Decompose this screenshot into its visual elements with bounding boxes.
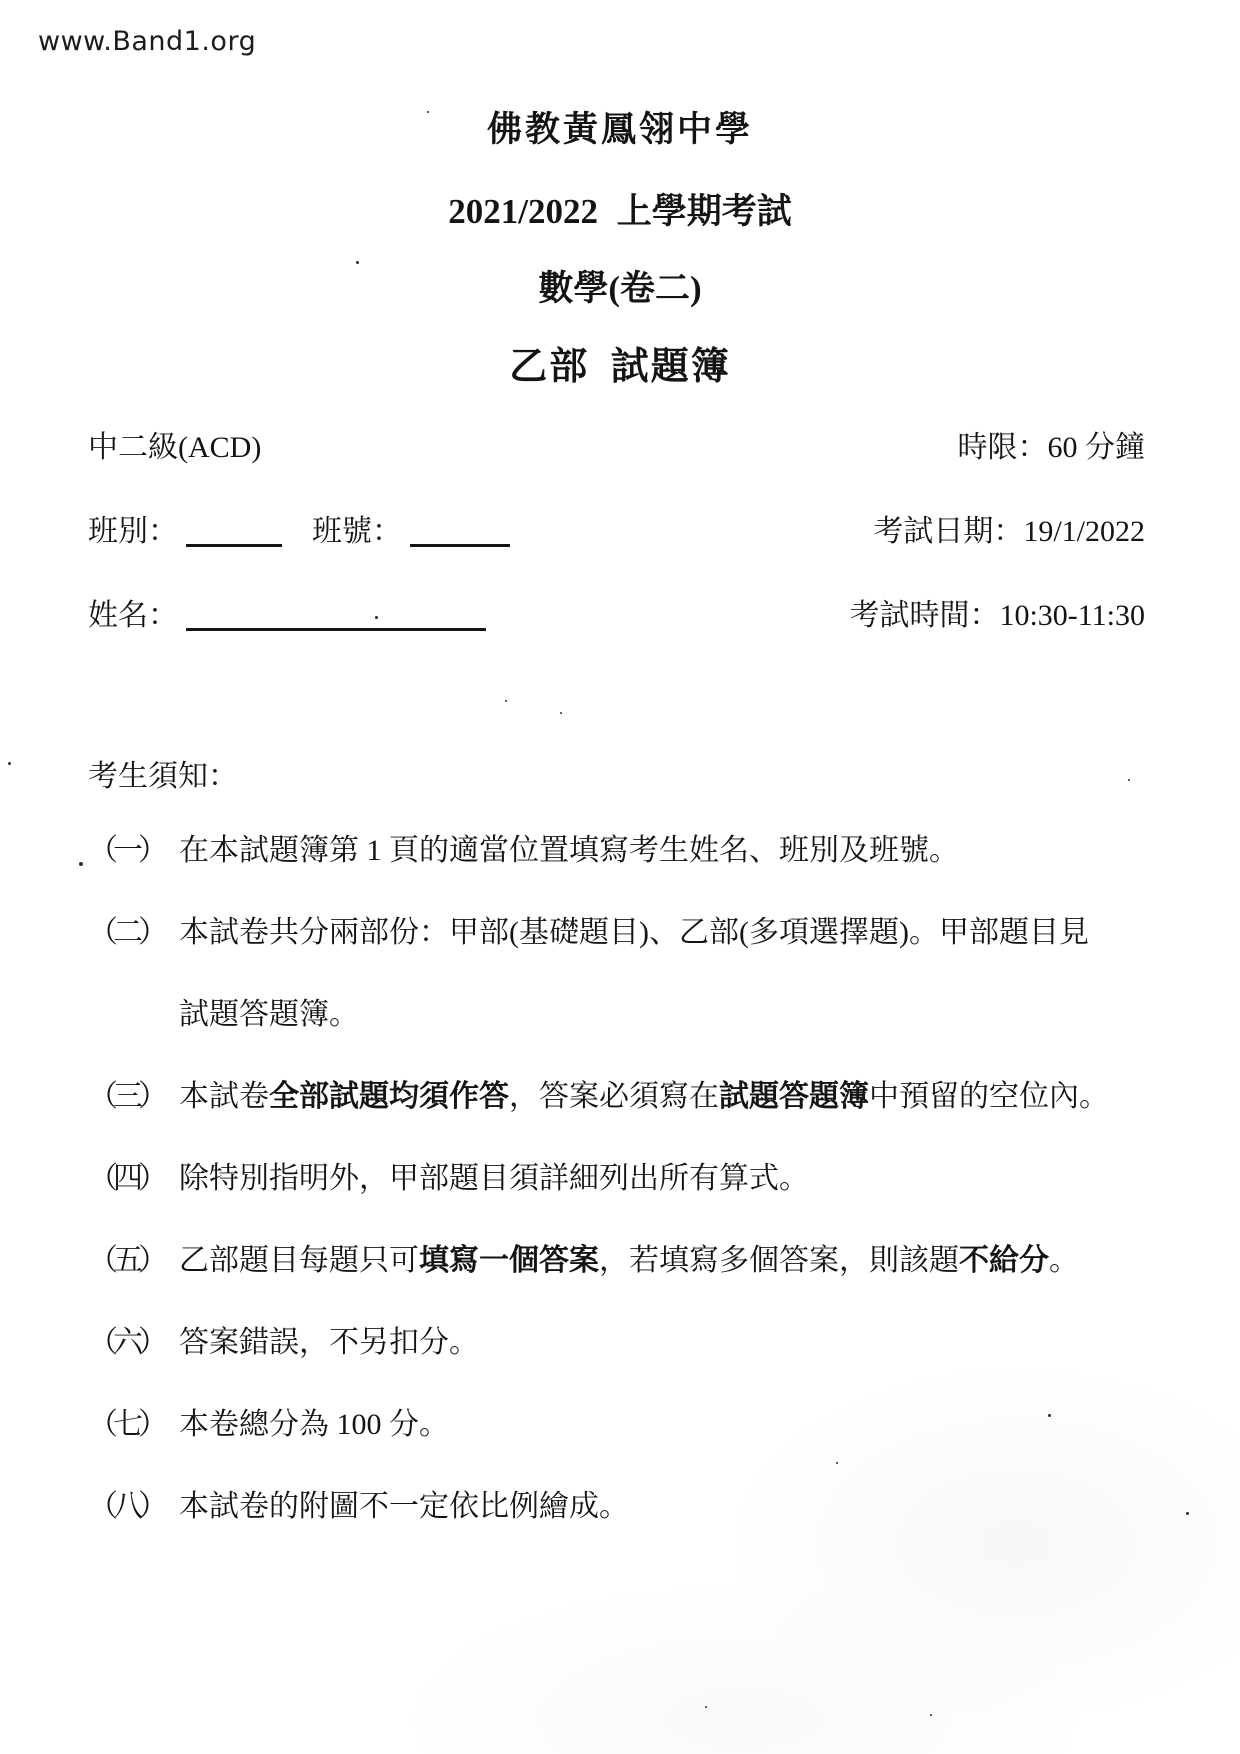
notice-item-text: 除特別指明外，甲部題目須詳細列出所有算式。 [179,1164,809,1194]
notice-item: （八）本試卷的附圖不一定依比例繪成。 [88,1492,1190,1522]
notice-text-bold-segment: 全部試題均須作答 [269,1080,509,1113]
info-row-3: 姓名： 考試時間：10:30-11:30 [0,600,1240,632]
notice-item-lines: 本試卷全部試題均須作答，答案必須寫在試題答題簿中預留的空位內。 [179,1082,1109,1112]
name-fields: 姓名： [88,600,486,632]
notice-text-segment: 試題答題簿。 [179,998,359,1031]
notice-item: （七）本卷總分為 100 分。 [88,1410,1190,1440]
scan-speck [836,1462,838,1464]
notice-item-number: （七） [88,1410,163,1440]
notice-item-text: 乙部題目每題只可填寫一個答案，若填寫多個答案，則該題不給分。 [179,1246,1079,1276]
name-blank-field [186,628,486,631]
scan-speck [705,1706,707,1708]
scan-speck [8,762,11,765]
notice-item-lines: 本卷總分為 100 分。 [179,1410,449,1440]
notice-text-segment: ，若填寫多個答案，則該題 [599,1244,959,1277]
exam-session-title: 2021/2022 上學期考試 [0,194,1240,229]
notice-item: （五）乙部題目每題只可填寫一個答案，若填寫多個答案，則該題不給分。 [88,1246,1190,1276]
notice-item-lines: 本試卷共分兩部份：甲部(基礎題目)、乙部(多項選擇題)。甲部題目見試題答題簿。 [179,918,1089,1030]
notice-item-number: （五） [88,1246,163,1276]
notice-item-number: （三） [88,1082,163,1112]
scan-speck [930,1714,932,1716]
notice-text-segment: 中預留的空位內。 [869,1080,1109,1113]
candidate-info-block: 中二級(ACD) 時限：60 分鐘 班別：班號： 考試日期：19/1/2022 … [0,432,1240,632]
class-no-label: 班號： [312,515,402,548]
scanned-exam-cover-page: www.Band1.org 佛教黃鳳翎中學 2021/2022 上學期考試 數學… [0,0,1240,1754]
section-title: 乙部 試題簿 [0,348,1240,386]
notice-text-segment: 除特別指明外，甲部題目須詳細列出所有算式。 [179,1162,809,1195]
notice-text-segment: 本試卷的附圖不一定依比例繪成。 [179,1490,629,1523]
notice-text-segment: 乙部題目每題只可 [179,1244,419,1277]
notice-item-text: 試題答題簿。 [179,1000,1089,1030]
notice-item-number: （一） [88,836,163,866]
notice-item: （四）除特別指明外，甲部題目須詳細列出所有算式。 [88,1164,1190,1194]
scan-speck [1128,779,1130,781]
notice-text-segment: 本試卷共分兩部份：甲部(基礎題目)、乙部(多項選擇題)。甲部題目見 [179,916,1089,949]
notice-item: （六）答案錯誤，不另扣分。 [88,1328,1190,1358]
scan-speck [560,712,562,714]
notice-item-text: 答案錯誤，不另扣分。 [179,1328,479,1358]
notice-text-bold-segment: 填寫一個答案 [419,1244,599,1277]
exam-time: 考試時間：10:30-11:30 [849,600,1145,632]
title-block: 佛教黃鳳翎中學 2021/2022 上學期考試 數學(卷二) 乙部 試題簿 [0,0,1240,386]
notice-item: （一）在本試題簿第 1 頁的適當位置填寫考生姓名、班別及班號。 [88,836,1190,866]
notice-item: （二）本試卷共分兩部份：甲部(基礎題目)、乙部(多項選擇題)。甲部題目見試題答題… [88,918,1190,1030]
notice-text-segment: 本試卷 [179,1080,269,1113]
notice-item-number: （四） [88,1164,163,1194]
notice-item-text: 本卷總分為 100 分。 [179,1410,449,1440]
scan-speck [375,616,378,619]
class-blank-field [186,544,282,547]
name-label: 姓名： [88,599,178,632]
notice-text-bold-segment: 試題答題簿 [719,1080,869,1113]
time-limit: 時限：60 分鐘 [958,432,1146,464]
scan-speck [427,111,429,113]
notice-item-number: （八） [88,1492,163,1522]
notice-item-number: （二） [88,918,163,948]
notice-text-segment: 答案錯誤，不另扣分。 [179,1326,479,1359]
notice-text-segment: 。 [1049,1244,1079,1277]
class-level: 中二級(ACD) [88,432,261,464]
notice-list: （一）在本試題簿第 1 頁的適當位置填寫考生姓名、班別及班號。（二）本試卷共分兩… [88,836,1190,1522]
class-fields: 班別：班號： [88,516,510,548]
notice-item: （三）本試卷全部試題均須作答，答案必須寫在試題答題簿中預留的空位內。 [88,1082,1190,1112]
notice-item-lines: 在本試題簿第 1 頁的適當位置填寫考生姓名、班別及班號。 [179,836,959,866]
info-row-2: 班別：班號： 考試日期：19/1/2022 [0,516,1240,548]
subject-title: 數學(卷二) [0,271,1240,306]
notice-item-text: 在本試題簿第 1 頁的適當位置填寫考生姓名、班別及班號。 [179,836,959,866]
notice-item-number: （六） [88,1328,163,1358]
school-name: 佛教黃鳳翎中學 [0,112,1240,147]
scan-speck [1048,1414,1051,1417]
notice-item-lines: 除特別指明外，甲部題目須詳細列出所有算式。 [179,1164,809,1194]
scan-speck [1186,1512,1189,1515]
class-label: 班別： [88,515,178,548]
notice-item-text: 本試卷全部試題均須作答，答案必須寫在試題答題簿中預留的空位內。 [179,1082,1109,1112]
class-no-blank-field [410,544,510,547]
notice-item-text: 本試卷的附圖不一定依比例繪成。 [179,1492,629,1522]
scan-speck [356,261,359,264]
notice-item-text: 本試卷共分兩部份：甲部(基礎題目)、乙部(多項選擇題)。甲部題目見 [179,918,1089,948]
notice-text-segment: ，答案必須寫在 [509,1080,719,1113]
notice-text-bold-segment: 不給分 [959,1244,1049,1277]
info-row-1: 中二級(ACD) 時限：60 分鐘 [0,432,1240,464]
notice-item-lines: 本試卷的附圖不一定依比例繪成。 [179,1492,629,1522]
exam-date: 考試日期：19/1/2022 [873,516,1145,548]
notice-item-lines: 乙部題目每題只可填寫一個答案，若填寫多個答案，則該題不給分。 [179,1246,1079,1276]
notice-item-lines: 答案錯誤，不另扣分。 [179,1328,479,1358]
notice-text-segment: 本卷總分為 100 分。 [179,1408,449,1441]
notice-title: 考生須知： [88,762,1240,792]
watermark-url: www.Band1.org [38,26,256,57]
scan-speck [505,700,507,702]
scan-speck [79,862,83,866]
notice-text-segment: 在本試題簿第 1 頁的適當位置填寫考生姓名、班別及班號。 [179,834,959,867]
